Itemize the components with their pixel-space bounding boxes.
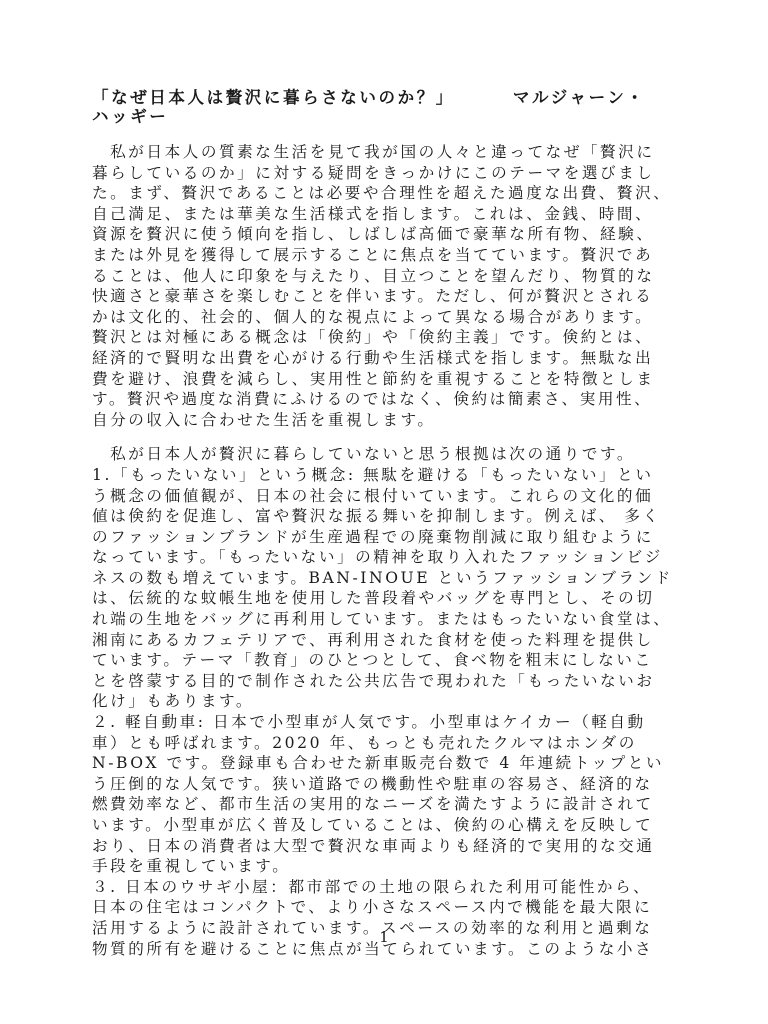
text-line: おり、日本の消費者は大型で贅沢な車両よりも経済的で実用的な交通 [92,836,682,857]
text-line: 燃費効率など、都市生活の実用的なニーズを満たすように設計されて [92,794,682,815]
text-line: た。まず、贅沢であることは必要や合理性を超えた過度な出費、贅沢、 [92,183,682,204]
text-line: 費を避け、浪費を減らし、実用性と節約を重視することを特徴としま [92,369,682,390]
text-line: 私が日本人の質素な生活を見て我が国の人々と違ってなぜ「贅沢に [92,142,682,163]
paragraph-intro: 私が日本人の質素な生活を見て我が国の人々と違ってなぜ「贅沢に暮らしているのか」に… [92,142,682,430]
author-name-continued: ハッギー [92,107,168,126]
author-name: マルジャーン・ [513,88,646,107]
text-line: ネスの数も増えています。BAN-INOUE というファッションブランド [92,568,682,589]
text-line: N-BOX です。登録車も合わせた新車販売台数で 4 年連続トップとい [92,753,682,774]
text-line: 自分の収入に合わせた生活を重視します。 [92,410,682,431]
text-line: れ端の生地をバッグに再利用しています。またはもったいない食堂は、 [92,609,682,630]
text-line: または外見を獲得して展示することに焦点を当てています。贅沢であ [92,245,682,266]
text-line: 湘南にあるカフェテリアで、再利用された食材を使った料理を提供し [92,630,682,651]
text-line: います。小型車が広く普及していることは、倹約の心構えを反映して [92,815,682,836]
text-line: 1.「もったいない」という概念: 無駄を避ける「もったいない」とい [92,465,682,486]
document-title: 「なぜ日本人は贅沢に暮らさないのか？」マルジャーン・ ハッギー [92,88,682,126]
text-line: 日本の住宅はコンパクトで、より小さなスペース内で機能を最大限に [92,897,682,918]
text-line: 快適さと豪華さを楽しむことを伴います。ただし、何が贅沢とされる [92,286,682,307]
text-line: ３. 日本のウサギ小屋：都市部での土地の限られた利用可能性から、 [92,877,682,898]
document-page: 「なぜ日本人は贅沢に暮らさないのか？」マルジャーン・ ハッギー 私が日本人の質素… [92,88,682,959]
text-line: 手段を重視しています。 [92,856,682,877]
text-line: 自己満足、または華美な生活様式を指します。これは、金銭、時間、 [92,204,682,225]
text-line: は、伝統的な蚊帳生地を使用した普段着やバッグを専門とし、その切 [92,588,682,609]
text-line: とを啓蒙する目的で制作された公共広告で現われた「もったいないお [92,671,682,692]
text-line: ２. 軽自動車: 日本で小型車が人気です。小型車はケイカー（軽自動 [92,712,682,733]
text-line: 車）とも呼ばれます。2020 年、もっとも売れたクルマはホンダの [92,733,682,754]
text-line: かは文化的、社会的、個人的な視点によって異なる場合があります。 [92,307,682,328]
text-line: う概念の価値観が、日本の社会に根付いています。これらの文化的価 [92,486,682,507]
text-line: のファッションブランドが生産過程での廃棄物削減に取り組むように [92,527,682,548]
text-line: 経済的で賢明な出費を心がける行動や生活様式を指します。無駄な出 [92,348,682,369]
title-text: 「なぜ日本人は贅沢に暮らさないのか？」 [92,88,455,107]
text-line: 私が日本人が贅沢に暮らしていないと思う根拠は次の通りです。 [92,444,682,465]
text-line: 値は倹約を促進し、富や贅沢な振る舞いを抑制します。例えば、 多く [92,506,682,527]
paragraph-reasons: 私が日本人が贅沢に暮らしていないと思う根拠は次の通りです。1.「もったいない」と… [92,444,682,959]
text-line: ることは、他人に印象を与えたり、目立つことを望んだり、物質的な [92,266,682,287]
text-line: 化け」もあります。 [92,691,682,712]
text-line: なっています。「もったいない」の精神を取り入れたファッションビジ [92,547,682,568]
text-line: う圧倒的な人気です。狭い道路での機動性や駐車の容易さ、経済的な [92,774,682,795]
page-number: 1 [0,928,768,946]
text-line: 贅沢とは対極にある概念は「倹約」や「倹約主義」です。倹約とは、 [92,327,682,348]
text-line: ています。テーマ「教育」のひとつとして、食べ物を粗末にしないこ [92,650,682,671]
text-line: 暮らしているのか」に対する疑問をきっかけにこのテーマを選びまし [92,163,682,184]
text-line: 資源を贅沢に使う傾向を指し、しばしば高価で豪華な所有物、経験、 [92,224,682,245]
text-line: す。贅沢や過度な消費にふけるのではなく、倹約は簡素さ、実用性、 [92,389,682,410]
